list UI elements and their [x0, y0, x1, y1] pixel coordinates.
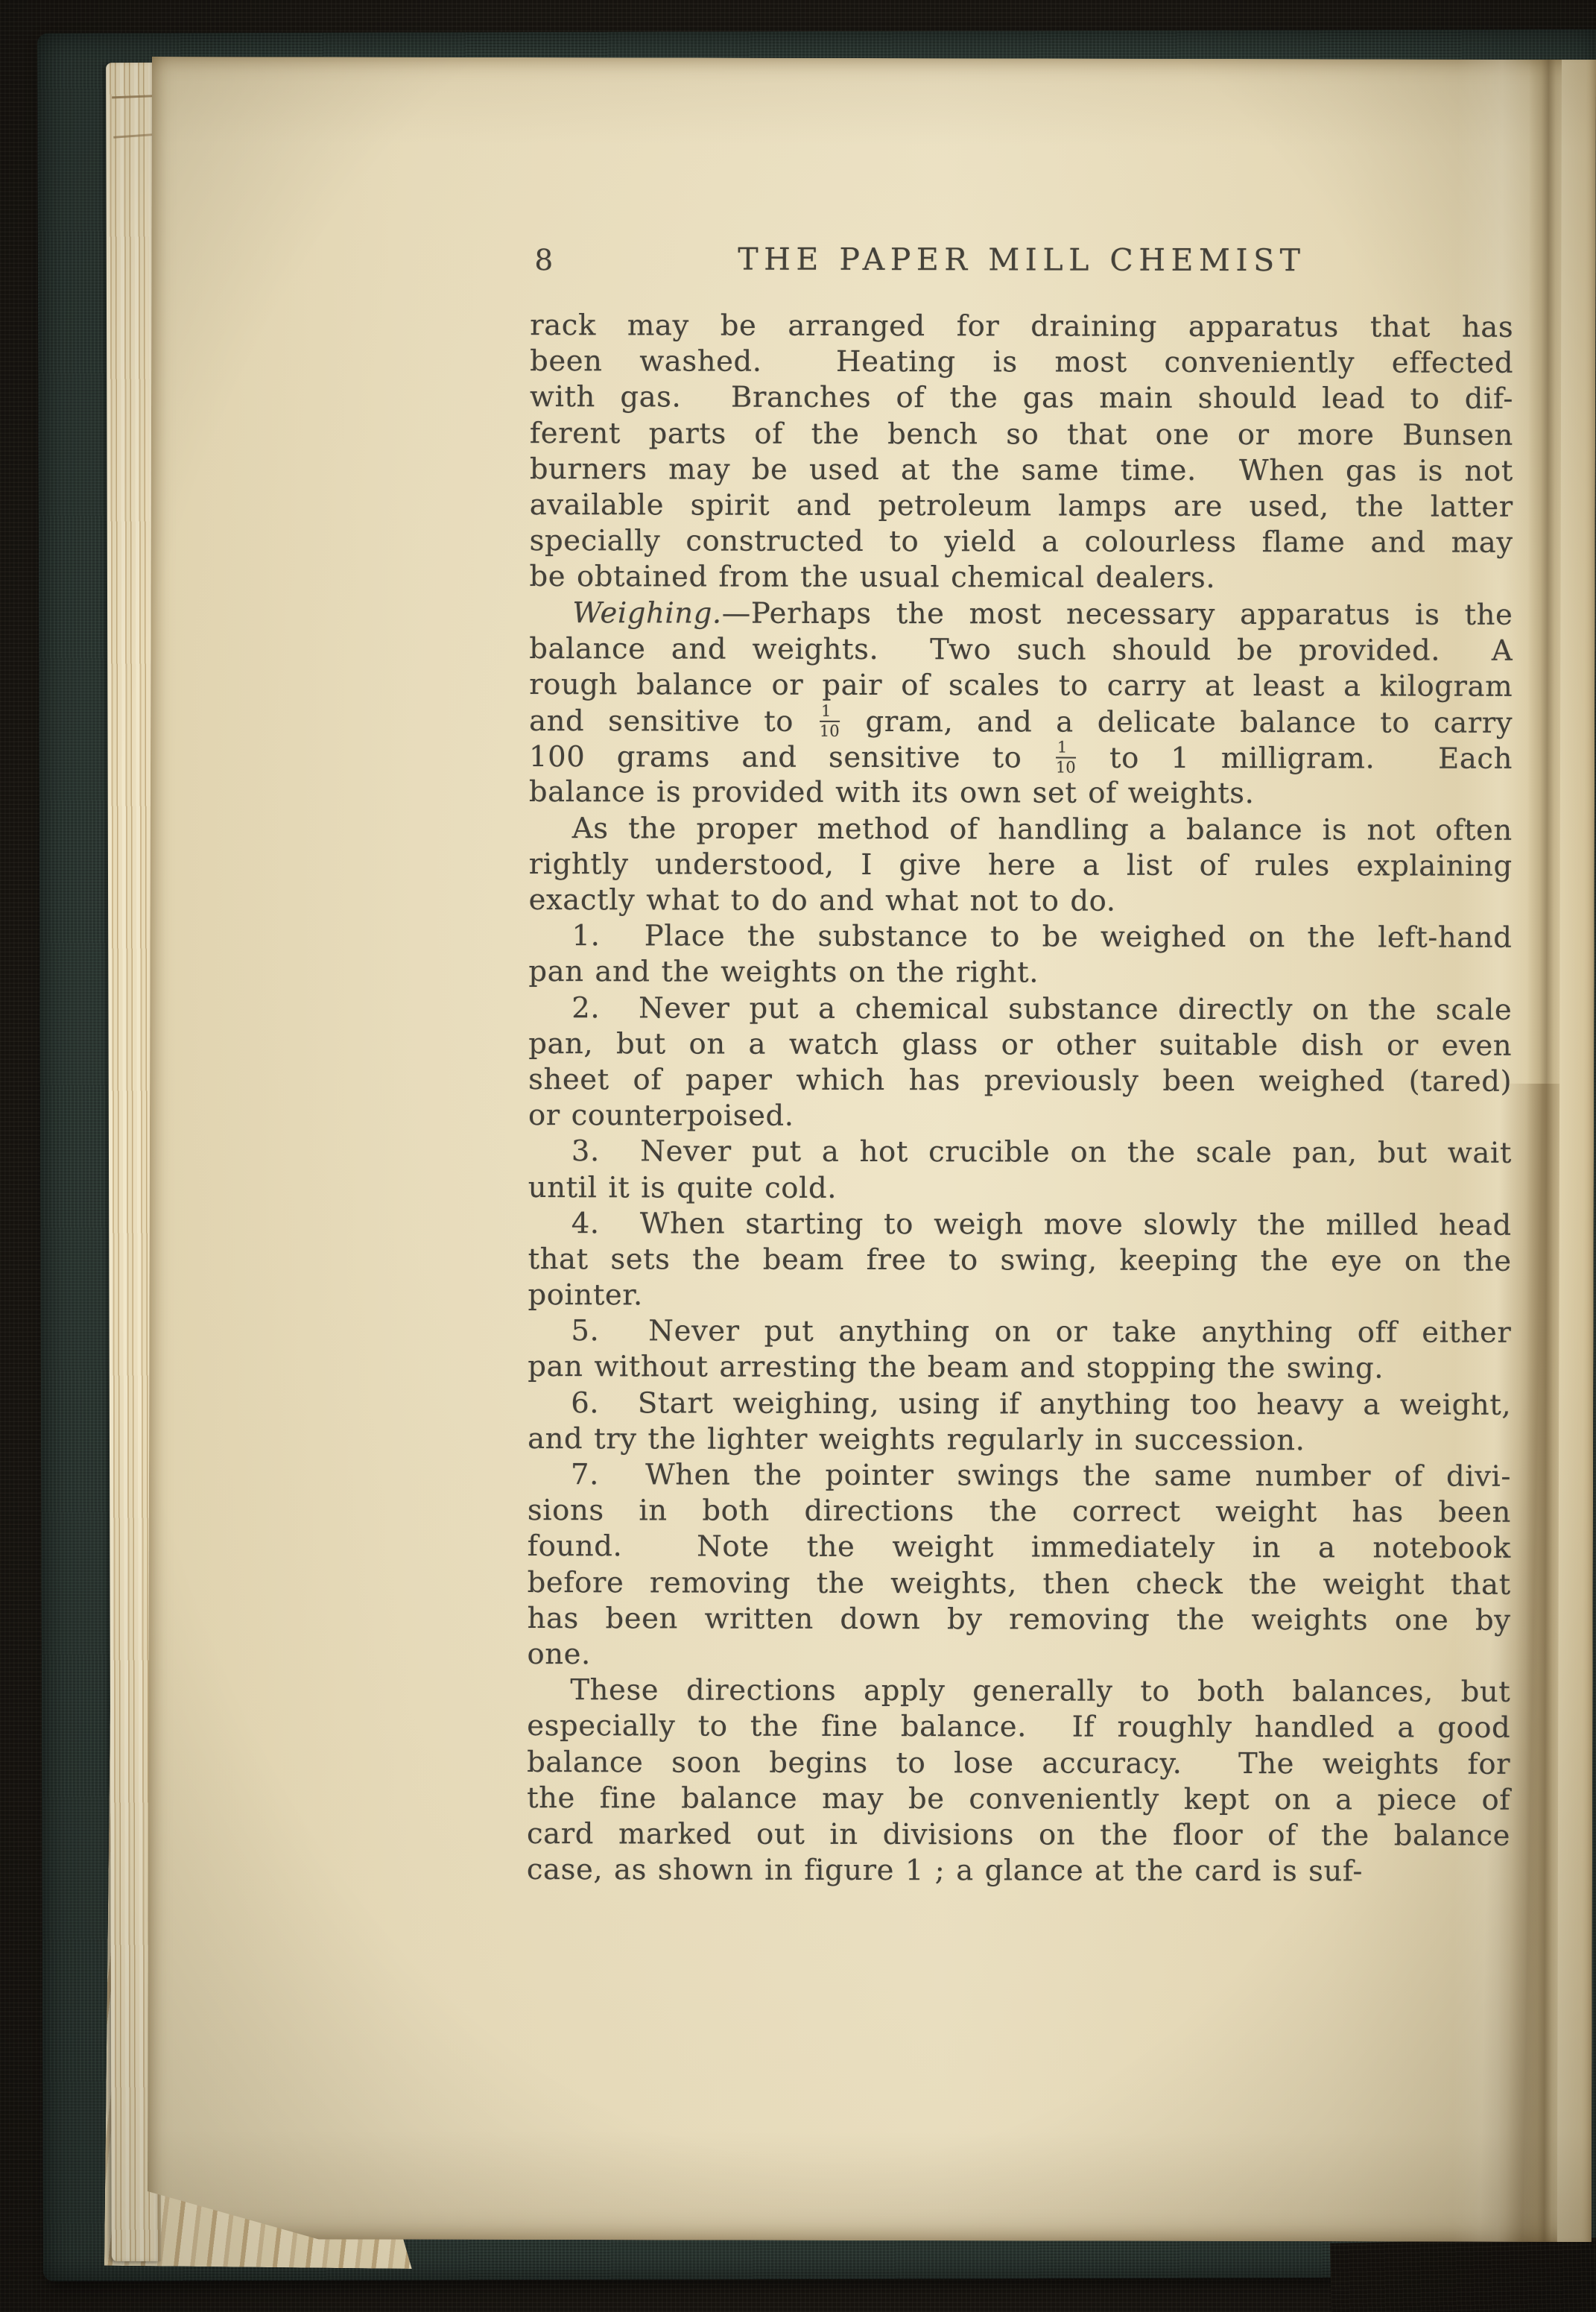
text-line: been washed. Heating is most convenientl… — [530, 344, 1513, 382]
text-line: rough balance or pair of scales to carry… — [529, 667, 1513, 705]
text-line: 7. When the pointer swings the same numb… — [528, 1457, 1511, 1495]
book-photo: 8 THE PAPER MILL CHEMIST rack may be arr… — [0, 0, 1596, 2312]
running-title: THE PAPER MILL CHEMIST — [738, 241, 1305, 279]
text-line: These directions apply generally to both… — [527, 1673, 1510, 1711]
text-line: balance soon begins to lose accuracy. Th… — [527, 1745, 1510, 1783]
text-line: be obtained from the usual chemical deal… — [529, 559, 1513, 597]
text-line: especially to the fine balance. If rough… — [527, 1708, 1510, 1746]
text-line: balance is provided with its own set of … — [529, 774, 1513, 812]
text-line: sheet of paper which has previously been… — [528, 1062, 1512, 1100]
text-line: 6. Start weighing, using if anything too… — [528, 1386, 1511, 1424]
text-line: and try the lighter weights regularly in… — [528, 1421, 1511, 1459]
text-line: and sensitive to 110 gram, and a delicat… — [529, 703, 1513, 741]
text-line: the fine balance may be conveniently kep… — [527, 1781, 1510, 1819]
text-line: As the proper method of handling a balan… — [529, 811, 1513, 849]
text-line: pan without arresting the beam and stopp… — [528, 1349, 1511, 1387]
text-line: before removing the weights, then check … — [528, 1565, 1511, 1603]
text-line: has been written down by removing the we… — [528, 1601, 1511, 1639]
text-line: found. Note the weight immediately in a … — [528, 1529, 1511, 1567]
text-line: 3. Never put a hot crucible on the scale… — [528, 1134, 1512, 1172]
text-line: card marked out in divisions on the floo… — [527, 1816, 1510, 1854]
page-number: 8 — [534, 244, 554, 277]
text-line: 100 grams and sensitive to 110 to 1 mill… — [529, 739, 1513, 777]
text-line: pan, but on a watch glass or other suita… — [528, 1026, 1512, 1064]
text-line: specially constructed to yield a colourl… — [530, 523, 1513, 561]
text-line: 2. Never put a chemical substance direct… — [528, 991, 1512, 1029]
text-line: case, as shown in figure 1 ; a glance at… — [527, 1852, 1510, 1890]
text-line: exactly what to do and what not to do. — [529, 882, 1513, 920]
cover-corner-shadow — [1330, 2237, 1596, 2312]
text-line: pan and the weights on the right. — [528, 954, 1512, 992]
text-line: pointer. — [528, 1277, 1511, 1315]
text-line: balance and weights. Two such should be … — [529, 631, 1513, 669]
page-header: 8 THE PAPER MILL CHEMIST — [530, 241, 1513, 283]
text-line: until it is quite cold. — [528, 1170, 1512, 1208]
stacked-fraction: 110 — [820, 704, 840, 739]
text-line: available spirit and petroleum lamps are… — [530, 487, 1513, 525]
gutter-margin — [1557, 60, 1596, 2242]
text-line: 1. Place the substance to be weighed on … — [528, 918, 1512, 956]
stacked-fraction: 110 — [1056, 740, 1076, 776]
text-line: or counterpoised. — [528, 1098, 1512, 1136]
text-line: sions in both directions the correct wei… — [528, 1493, 1511, 1531]
text-line: rack may be arranged for draining appara… — [530, 308, 1513, 346]
text-line: with gas. Branches of the gas main shoul… — [530, 379, 1513, 417]
text-line: ferent parts of the bench so that one or… — [530, 416, 1513, 454]
text-line: 4. When starting to weigh move slowly th… — [528, 1206, 1512, 1244]
text-line: one. — [527, 1637, 1510, 1675]
text-body: rack may be arranged for draining appara… — [527, 308, 1513, 1890]
text-line: that sets the beam free to swing, keepin… — [528, 1242, 1512, 1280]
main-page: 8 THE PAPER MILL CHEMIST rack may be arr… — [148, 57, 1596, 2242]
text-line: rightly understood, I give here a list o… — [529, 847, 1513, 885]
text-line: 5. Never put anything on or take anythin… — [528, 1313, 1511, 1351]
text-line: Weighing.—Perhaps the most necessary app… — [529, 596, 1513, 634]
text-line: burners may be used at the same time. Wh… — [530, 452, 1513, 490]
